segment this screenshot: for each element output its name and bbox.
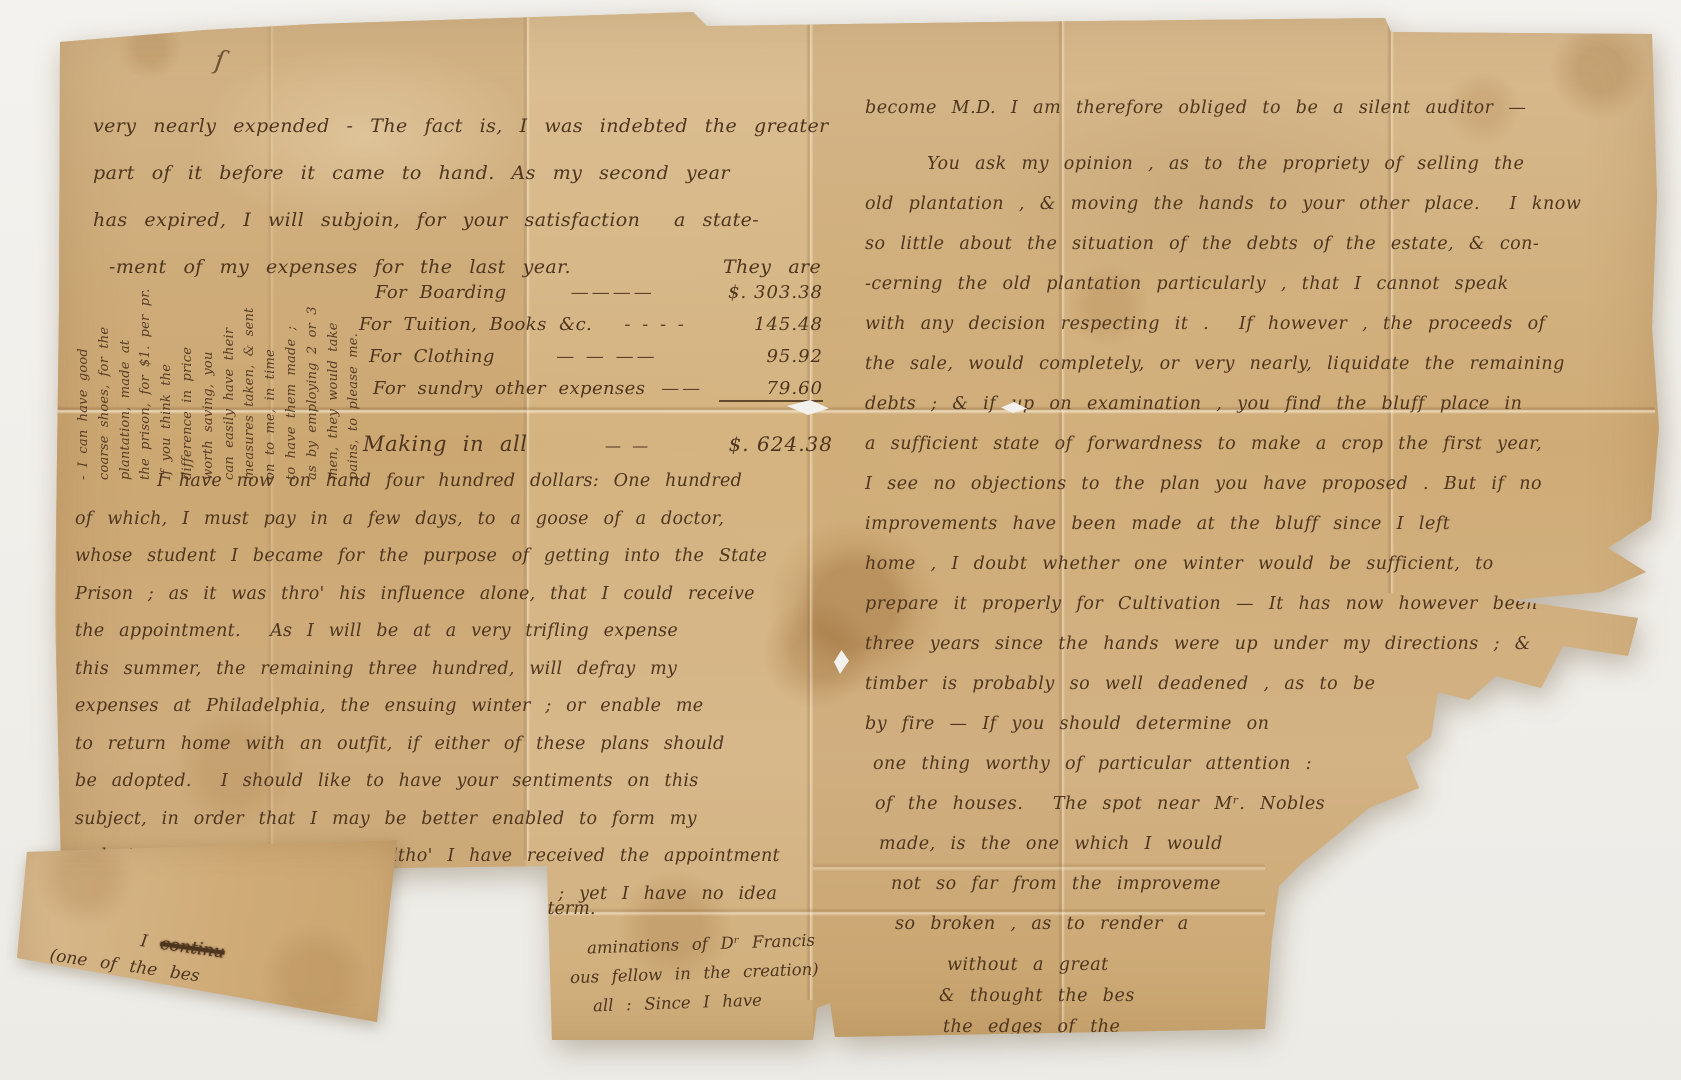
scanned-letter-scene: ſ very nearly expended - The fact is, I … [0,0,1681,1080]
flap-text: I continu (one of the bes The Doctor ho [22,913,226,1020]
folded-corner-flap: I continu (one of the bes The Doctor ho [15,838,407,1033]
flap-shadow: I continu (one of the bes The Doctor ho [0,0,1681,1080]
